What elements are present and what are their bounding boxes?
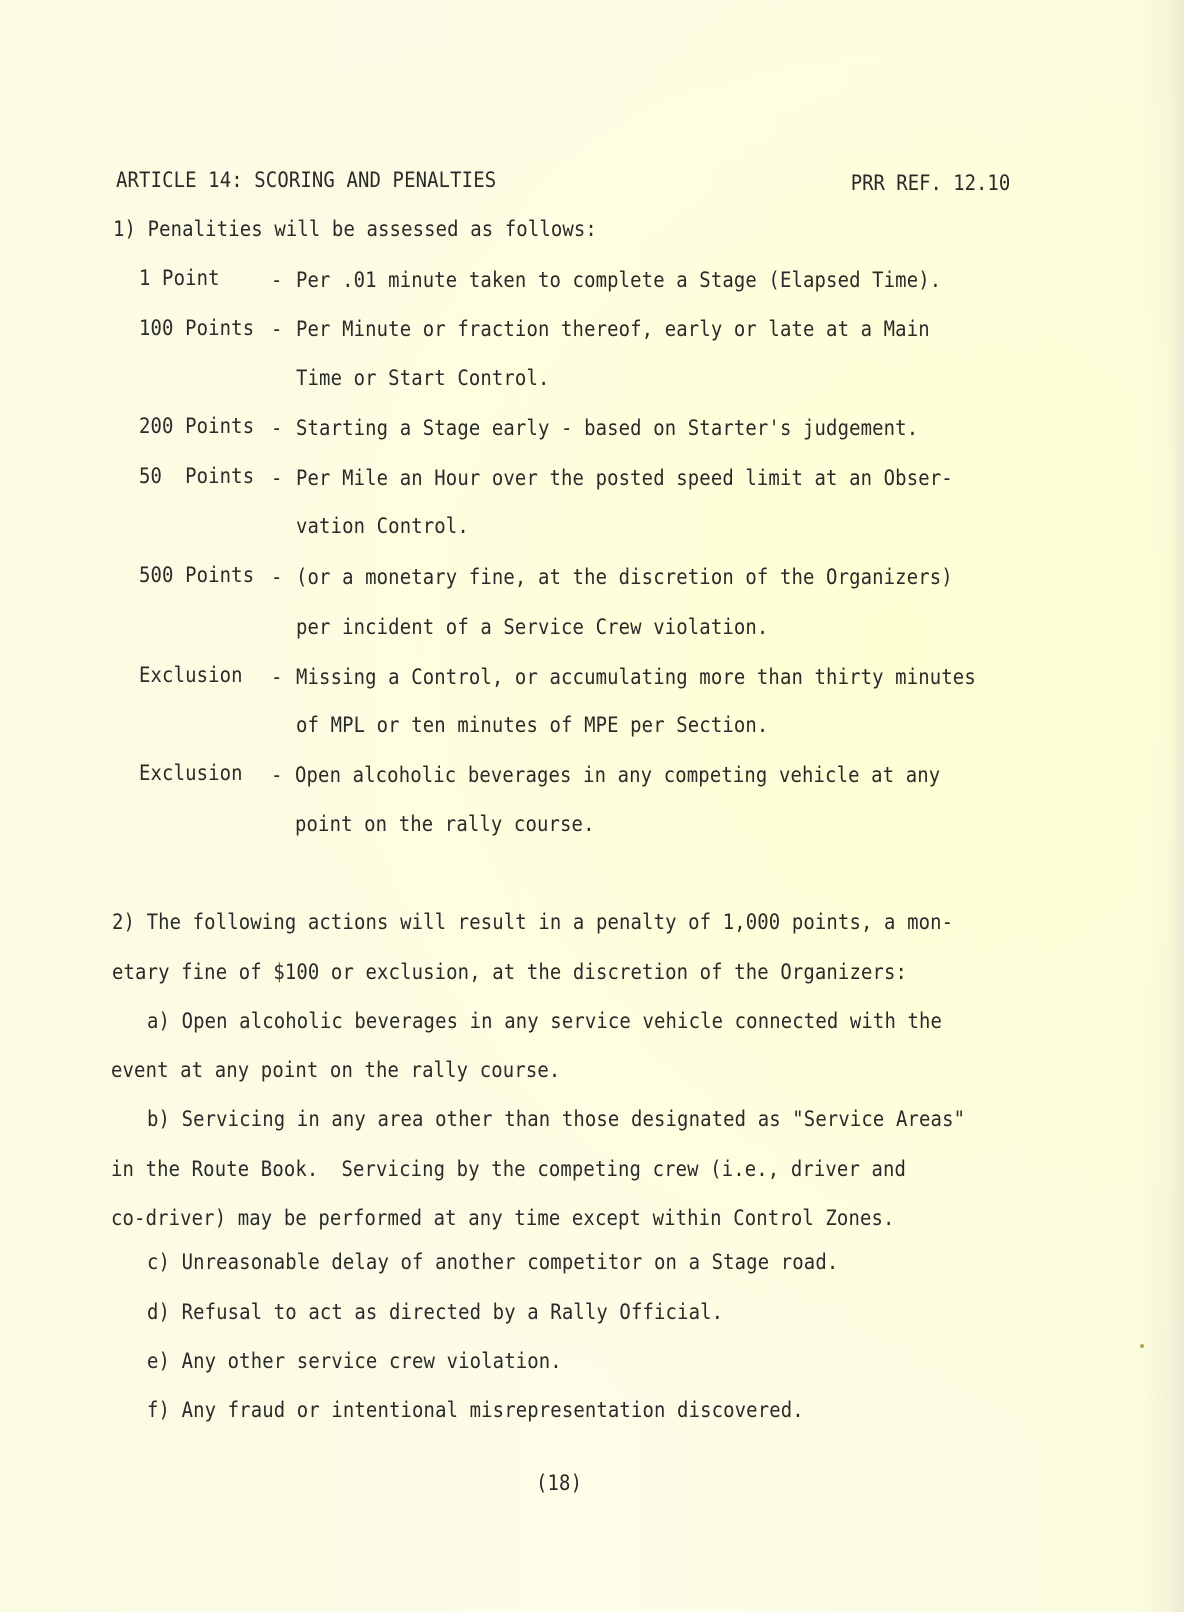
penalty-amount: 200 Points xyxy=(139,416,254,438)
penalty-description: (or a monetary fine, at the discretion o… xyxy=(296,567,953,589)
penalty-dash: - xyxy=(271,319,283,341)
penalty-description: Per Mile an Hour over the posted speed l… xyxy=(296,468,953,490)
reference-label: PRR REF. 12.10 xyxy=(851,173,1010,195)
penalty-description-cont: of MPL or ten minutes of MPE per Section… xyxy=(296,715,768,737)
penalty-description-cont: point on the rally course. xyxy=(295,814,595,836)
scanned-page: ARTICLE 14: SCORING AND PENALTIES PRR RE… xyxy=(0,0,1184,1612)
penalty-dash: - xyxy=(271,270,283,292)
violation-item-cont: event at any point on the rally course. xyxy=(111,1060,560,1082)
penalty-dash: - xyxy=(271,567,283,589)
violation-item: a) Open alcoholic beverages in any servi… xyxy=(147,1011,942,1033)
penalty-amount: Exclusion xyxy=(139,763,243,785)
penalty-description-cont: per incident of a Service Crew violation… xyxy=(296,617,768,639)
penalty-dash: - xyxy=(271,418,283,440)
penalty-amount: 50 Points xyxy=(139,466,254,488)
penalty-description: Per .01 minute taken to complete a Stage… xyxy=(296,270,941,292)
violation-item: b) Servicing in any area other than thos… xyxy=(147,1109,965,1131)
section1-intro: 1) Penalities will be assessed as follow… xyxy=(113,219,597,241)
penalty-description: Open alcoholic beverages in any competin… xyxy=(295,765,940,787)
penalty-description: Per Minute or fraction thereof, early or… xyxy=(296,319,930,341)
penalty-description: Missing a Control, or accumulating more … xyxy=(296,667,976,689)
penalty-description: Starting a Stage early - based on Starte… xyxy=(296,418,918,440)
penalty-dash: - xyxy=(271,765,283,787)
violation-item: e) Any other service crew violation. xyxy=(147,1351,562,1373)
violation-item-cont: in the Route Book. Servicing by the comp… xyxy=(111,1159,906,1181)
violation-item: d) Refusal to act as directed by a Rally… xyxy=(147,1302,723,1324)
violation-item: f) Any fraud or intentional misrepresent… xyxy=(147,1400,804,1422)
penalty-amount: 500 Points xyxy=(139,565,254,587)
article-title: ARTICLE 14: SCORING AND PENALTIES xyxy=(116,170,496,192)
penalty-amount: 100 Points xyxy=(139,318,254,340)
penalty-dash: - xyxy=(271,667,283,689)
penalty-amount: 1 Point xyxy=(139,268,220,290)
paper-speck xyxy=(1140,1344,1144,1348)
violation-item-cont: co-driver) may be performed at any time … xyxy=(111,1208,895,1230)
penalty-dash: - xyxy=(271,468,283,490)
section2-intro: 2) The following actions will result in … xyxy=(112,912,953,934)
page-edge-shadow xyxy=(1170,0,1184,1612)
penalty-amount: Exclusion xyxy=(139,665,243,687)
violation-item: c) Unreasonable delay of another competi… xyxy=(147,1252,838,1274)
page-number: (18) xyxy=(536,1473,582,1495)
penalty-description-cont: Time or Start Control. xyxy=(296,368,550,390)
section2-intro-cont: etary fine of $100 or exclusion, at the … xyxy=(112,962,907,984)
penalty-description-cont: vation Control. xyxy=(296,516,469,538)
